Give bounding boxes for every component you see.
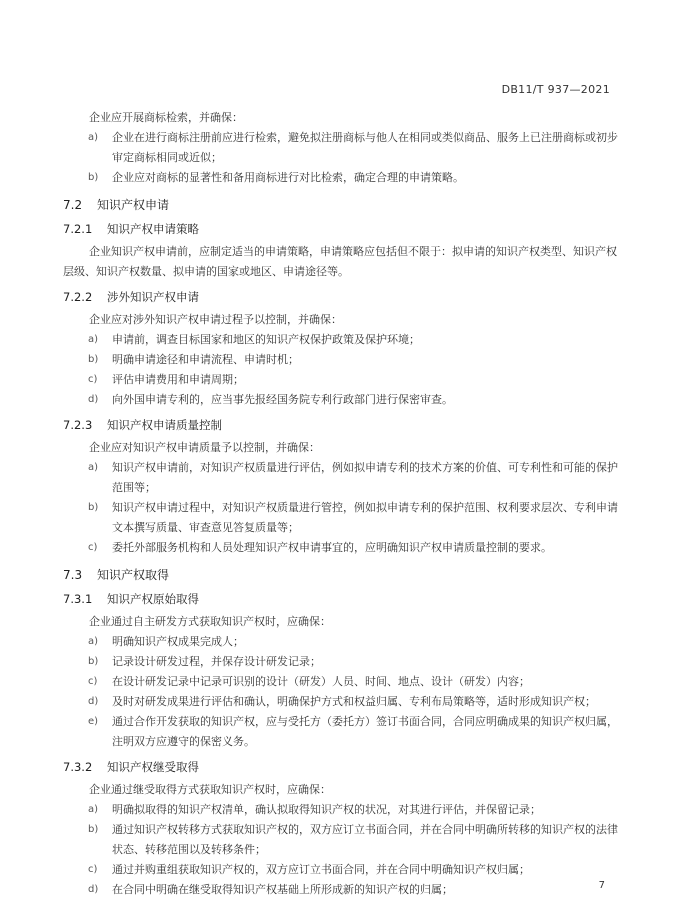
paragraph: 企业通过继受取得方式获取知识产权时，应确保：	[63, 780, 618, 800]
section-number: 7.3.1	[63, 590, 97, 608]
list-item: b) 记录设计研发过程，并保存设计研发记录；	[63, 652, 618, 672]
list-marker: c)	[88, 672, 112, 692]
list-marker: b)	[88, 652, 112, 672]
list-item: c) 评估申请费用和申请周期；	[63, 370, 618, 390]
list-text: 明确申请途径和申请流程、申请时机；	[112, 350, 618, 370]
section-heading-7-2: 7.2知识产权申请	[63, 196, 618, 214]
list-text: 在设计研发记录中记录可识别的设计（研发）人员、时间、地点、设计（研发）内容；	[112, 672, 618, 692]
list-item: b) 企业应对商标的显著性和备用商标进行对比检索，确定合理的申请策略。	[63, 168, 618, 188]
page-content: 企业应开展商标检索，并确保： a) 企业在进行商标注册前应进行检索，避免拟注册商…	[63, 108, 618, 900]
list-item: a) 明确拟取得的知识产权清单，确认拟取得知识产权的状况，对其进行评估，并保留记…	[63, 800, 618, 820]
section-number: 7.2.1	[63, 220, 97, 238]
list-item: b) 通过知识产权转移方式获取知识产权的，双方应订立书面合同，并在合同中明确所转…	[63, 820, 618, 860]
list-marker: a)	[88, 632, 112, 652]
list-item: d) 及时对研发成果进行评估和确认，明确保护方式和权益归属、专利布局策略等，适时…	[63, 692, 618, 712]
paragraph: 企业知识产权申请前，应制定适当的申请策略，申请策略应包括但不限于：拟申请的知识产…	[63, 242, 618, 282]
section-title: 知识产权申请	[97, 198, 169, 212]
list-text: 记录设计研发过程，并保存设计研发记录；	[112, 652, 618, 672]
list-text: 企业在进行商标注册前应进行检索，避免拟注册商标与他人在相同或类似商品、服务上已注…	[112, 128, 618, 168]
list-item: e) 通过合作开发获取的知识产权，应与受托方（委托方）签订书面合同，合同应明确成…	[63, 712, 618, 752]
list-marker: a)	[88, 800, 112, 820]
list-text: 企业应对商标的显著性和备用商标进行对比检索，确定合理的申请策略。	[112, 168, 618, 188]
list-marker: c)	[88, 538, 112, 558]
list-item: d) 向外国申请专利的，应当事先报经国务院专利行政部门进行保密审查。	[63, 390, 618, 410]
section-number: 7.3	[63, 566, 87, 584]
section-number: 7.3.2	[63, 758, 97, 776]
list-text: 向外国申请专利的，应当事先报经国务院专利行政部门进行保密审查。	[112, 390, 618, 410]
list-item: c) 在设计研发记录中记录可识别的设计（研发）人员、时间、地点、设计（研发）内容…	[63, 672, 618, 692]
list-item: a) 知识产权申请前，对知识产权质量进行评估，例如拟申请专利的技术方案的价值、可…	[63, 458, 618, 498]
list-item: a) 申请前，调查目标国家和地区的知识产权保护政策及保护环境；	[63, 330, 618, 350]
list-marker: e)	[88, 712, 112, 752]
list-item: d) 在合同中明确在继受取得知识产权基础上所形成新的知识产权的归属；	[63, 880, 618, 900]
list-item: b) 知识产权申请过程中，对知识产权质量进行管控，例如拟申请专利的保护范围、权利…	[63, 498, 618, 538]
list-text: 明确知识产权成果完成人；	[112, 632, 618, 652]
list-marker: a)	[88, 458, 112, 498]
section-number: 7.2.2	[63, 288, 97, 306]
trademark-search-section: 企业应开展商标检索，并确保： a) 企业在进行商标注册前应进行检索，避免拟注册商…	[63, 108, 618, 188]
list-text: 通过并购重组获取知识产权的，双方应订立书面合同，并在合同中明确知识产权归属；	[112, 860, 618, 880]
section-heading-7-2-2: 7.2.2涉外知识产权申请	[63, 288, 618, 306]
list-text: 委托外部服务机构和人员处理知识产权申请事宜的，应明确知识产权申请质量控制的要求。	[112, 538, 618, 558]
list-marker: c)	[88, 860, 112, 880]
paragraph: 企业应开展商标检索，并确保：	[63, 108, 618, 128]
list-text: 知识产权申请过程中，对知识产权质量进行管控，例如拟申请专利的保护范围、权利要求层…	[112, 498, 618, 538]
list-marker: d)	[88, 880, 112, 900]
list-item: c) 通过并购重组获取知识产权的，双方应订立书面合同，并在合同中明确知识产权归属…	[63, 860, 618, 880]
list-text: 通过合作开发获取的知识产权，应与受托方（委托方）签订书面合同，合同应明确成果的知…	[112, 712, 618, 752]
list-marker: d)	[88, 692, 112, 712]
paragraph: 企业应对知识产权申请质量予以控制，并确保：	[63, 438, 618, 458]
list-item: a) 企业在进行商标注册前应进行检索，避免拟注册商标与他人在相同或类似商品、服务…	[63, 128, 618, 168]
list-text: 评估申请费用和申请周期；	[112, 370, 618, 390]
list-text: 申请前，调查目标国家和地区的知识产权保护政策及保护环境；	[112, 330, 618, 350]
list-marker: b)	[88, 820, 112, 860]
section-title: 涉外知识产权申请	[107, 290, 199, 304]
section-title: 知识产权取得	[97, 568, 169, 582]
standard-code: DB11/T 937—2021	[502, 83, 610, 96]
list-text: 通过知识产权转移方式获取知识产权的，双方应订立书面合同，并在合同中明确所转移的知…	[112, 820, 618, 860]
section-heading-7-3: 7.3知识产权取得	[63, 566, 618, 584]
list-text: 在合同中明确在继受取得知识产权基础上所形成新的知识产权的归属；	[112, 880, 618, 900]
paragraph: 企业通过自主研发方式获取知识产权时，应确保：	[63, 612, 618, 632]
section-number: 7.2.3	[63, 416, 97, 434]
list-item: b) 明确申请途径和申请流程、申请时机；	[63, 350, 618, 370]
section-title: 知识产权申请策略	[107, 222, 199, 236]
list-marker: b)	[88, 168, 112, 188]
paragraph: 企业应对涉外知识产权申请过程予以控制，并确保：	[63, 310, 618, 330]
section-title: 知识产权继受取得	[107, 760, 199, 774]
list-item: a) 明确知识产权成果完成人；	[63, 632, 618, 652]
section-heading-7-2-1: 7.2.1知识产权申请策略	[63, 220, 618, 238]
section-title: 知识产权申请质量控制	[107, 418, 222, 432]
list-marker: a)	[88, 330, 112, 350]
section-heading-7-3-2: 7.3.2知识产权继受取得	[63, 758, 618, 776]
list-marker: b)	[88, 350, 112, 370]
section-number: 7.2	[63, 196, 87, 214]
list-item: c) 委托外部服务机构和人员处理知识产权申请事宜的，应明确知识产权申请质量控制的…	[63, 538, 618, 558]
list-marker: d)	[88, 390, 112, 410]
list-text: 明确拟取得的知识产权清单，确认拟取得知识产权的状况，对其进行评估，并保留记录；	[112, 800, 618, 820]
list-text: 知识产权申请前，对知识产权质量进行评估，例如拟申请专利的技术方案的价值、可专利性…	[112, 458, 618, 498]
list-marker: b)	[88, 498, 112, 538]
document-page: DB11/T 937—2021 企业应开展商标检索，并确保： a) 企业在进行商…	[0, 0, 678, 900]
section-heading-7-2-3: 7.2.3知识产权申请质量控制	[63, 416, 618, 434]
page-number: 7	[599, 880, 605, 891]
list-marker: c)	[88, 370, 112, 390]
section-title: 知识产权原始取得	[107, 592, 199, 606]
list-text: 及时对研发成果进行评估和确认，明确保护方式和权益归属、专利布局策略等，适时形成知…	[112, 692, 618, 712]
section-heading-7-3-1: 7.3.1知识产权原始取得	[63, 590, 618, 608]
list-marker: a)	[88, 128, 112, 168]
